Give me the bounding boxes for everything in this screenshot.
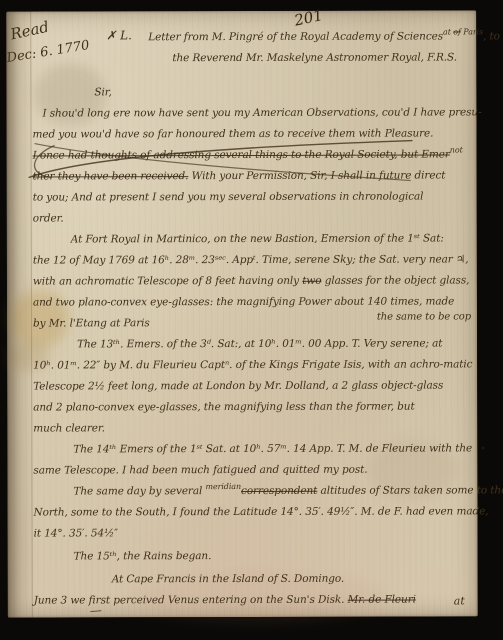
text-segment: much clearer. — [33, 422, 105, 434]
text-segment: with an achromatic Telescope of 8 feet h… — [33, 275, 302, 288]
manuscript-line: I shou'd long ere now have sent you my A… — [32, 102, 470, 124]
text-segment: At Fort Royal in Martinico, on the new B… — [71, 232, 444, 245]
manuscript-line: At Fort Royal in Martinico, on the new B… — [33, 228, 471, 250]
text-segment: Letter from M. Pingré of the Royal Acade… — [148, 30, 443, 43]
struck-text: of — [453, 27, 461, 36]
manuscript-line: The 14ᵗʰ Emers of the 1ˢᵗ Sat. at 10ʰ. 5… — [33, 438, 471, 460]
inserted-text: not — [450, 145, 463, 154]
manuscript-line: The same day by several meridiancorrespo… — [33, 480, 471, 502]
text-segment: 10ʰ. 01ᵐ. 22″ by M. du Fleurieu Captⁿ. o… — [33, 358, 472, 371]
text-segment: The 13ᵗʰ. Emers. of the 3ᵈ. Sat:, at 10ʰ… — [77, 337, 442, 350]
manuscript-line: with an achromatic Telescope of 8 feet h… — [33, 270, 471, 292]
text-segment: June 3 we first perceived Venus entering… — [34, 594, 348, 607]
manuscript-line: Telescope 2½ feet long, made at London b… — [33, 375, 471, 397]
manuscript-line: The 15ᵗʰ, the Rains began. — [34, 545, 472, 567]
text-segment: I shou'd long ere now have sent you my A… — [42, 106, 481, 119]
text-segment: by Mr. l'Etang at Paris — [33, 317, 150, 329]
manuscript-line: Sir, — [32, 81, 470, 103]
paper: Letter from M. Pingré of the Royal Acade… — [6, 10, 478, 617]
manuscript-line: 10ʰ. 01ᵐ. 22″ by M. du Fleurieu Captⁿ. o… — [33, 354, 471, 376]
manuscript-line: by Mr. l'Etang at Paristhe same to be co… — [33, 312, 471, 334]
text-segment: med you wou'd have so far honoured them … — [33, 127, 434, 140]
text-segment: to you; And at present I send you my sev… — [33, 191, 424, 204]
struck-text: I once had thoughts of addressing severa… — [33, 148, 450, 161]
text-segment: , to — [483, 30, 500, 42]
manuscript-line: much clearer. — [33, 417, 471, 439]
text-segment: it 14°. 35′. 54½″ — [34, 527, 118, 539]
archival-mark: ✗ L. — [106, 28, 132, 42]
manuscript-line: it 14°. 35′. 54½″ — [34, 522, 472, 544]
text-segment: and 2 plano-convex eye-glasses, the magn… — [33, 401, 414, 414]
flourish-dash: — — [89, 603, 102, 618]
struck-text: ther they have been received. — [33, 170, 189, 182]
manuscript-line: ther they have been received. With your … — [33, 165, 471, 187]
struck-text: two — [302, 275, 321, 287]
text-segment: The same day by several — [73, 485, 205, 497]
text-segment: glasses for the object glass, — [321, 274, 469, 286]
manuscript-line: same Telescope. I had been much fatigued… — [33, 459, 471, 481]
text-segment: With your Permission, Sir, I shall in fu… — [188, 169, 445, 182]
manuscript-line: the 12 of May 1769 at 16ʰ. 28ᵐ. 23ˢᵉᶜ. A… — [33, 249, 471, 271]
manuscript-line: the Reverend Mr. Maskelyne Astronomer Ro… — [32, 47, 470, 69]
manuscript-line: I once had thoughts of addressing severa… — [33, 144, 471, 166]
manuscript-line: and 2 plano-convex eye-glasses, the magn… — [33, 396, 471, 418]
manuscript-line: order. — [33, 207, 471, 229]
text-segment: Telescope 2½ feet long, made at London b… — [33, 379, 443, 392]
inserted-text: Paris — [461, 27, 483, 36]
text-segment: At Cape Francis in the Island of S. Domi… — [112, 573, 344, 586]
text-segment: North, some to the South, I found the La… — [34, 505, 489, 518]
manuscript-line: Letter from M. Pingré of the Royal Acade… — [32, 26, 470, 48]
text-segment: The 15ᵗʰ, the Rains began. — [74, 550, 212, 562]
catchword: at — [454, 594, 465, 607]
struck-text: correspondent — [241, 485, 317, 497]
text-segment: altitudes of Stars taken some to the — [317, 484, 503, 496]
text-segment: The 14ᵗʰ Emers of the 1ˢᵗ Sat. at 10ʰ. 5… — [73, 442, 472, 455]
manuscript-line: The 13ᵗʰ. Emers. of the 3ᵈ. Sat:, at 10ʰ… — [33, 333, 471, 355]
manuscript-line: At Cape Francis in the Island of S. Domi… — [34, 568, 472, 590]
struck-text: Mr. de Fleuri — [348, 594, 416, 606]
manuscript-line: to you; And at present I send you my sev… — [33, 186, 471, 208]
inserted-text: at — [443, 27, 453, 36]
manuscript-line: med you wou'd have so far honoured them … — [33, 123, 471, 145]
text-segment: the Reverend Mr. Maskelyne Astronomer Ro… — [172, 51, 457, 64]
text-segment: the same to be cop — [377, 306, 471, 327]
manuscript-line: North, some to the South, I found the La… — [33, 501, 471, 523]
text-segment: same Telescope. I had been much fatigued… — [33, 464, 367, 477]
text-segment: Sir, — [94, 86, 111, 98]
text-segment: the 12 of May 1769 at 16ʰ. 28ᵐ. 23ˢᵉᶜ. A… — [33, 253, 469, 266]
inserted-text: meridian — [205, 482, 241, 491]
text-segment: order. — [33, 212, 64, 224]
letter-body: Letter from M. Pingré of the Royal Acade… — [32, 26, 472, 611]
